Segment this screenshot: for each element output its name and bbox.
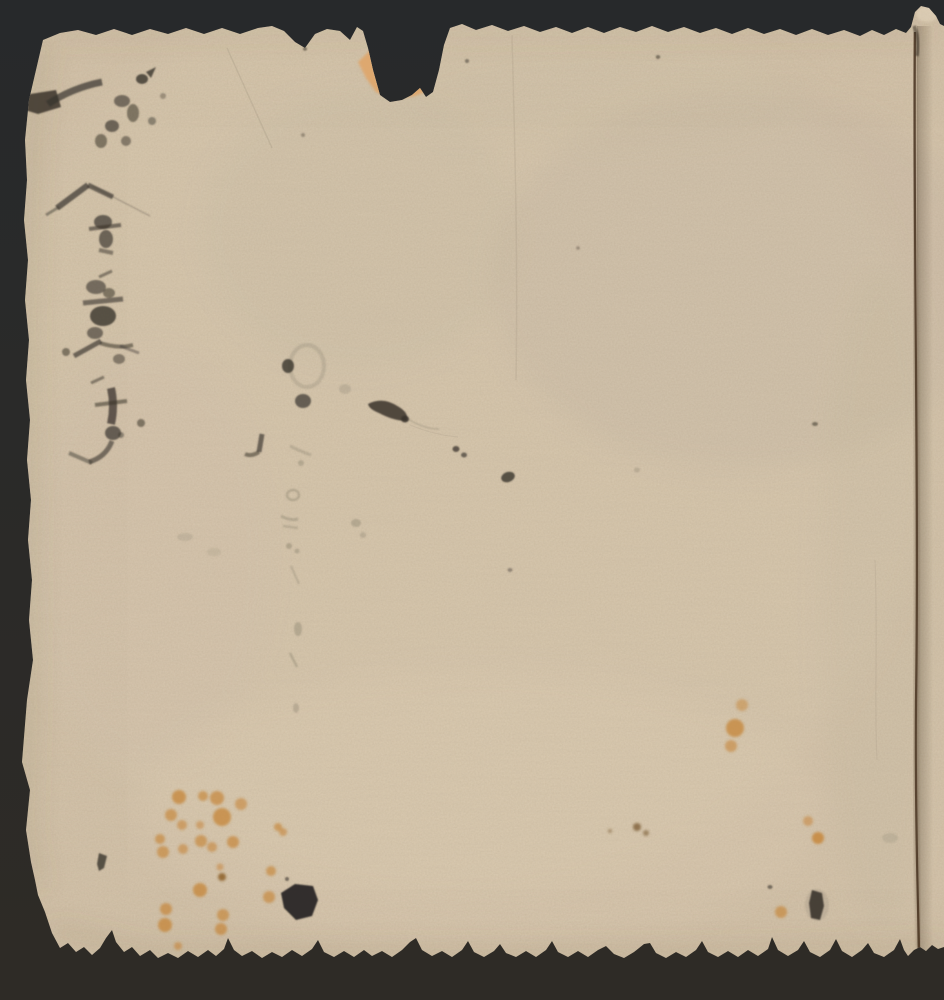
ink-blob [114,95,130,107]
foxing-spot [726,719,744,737]
foxing-spot [263,891,275,903]
faint-blob [294,622,302,636]
foxing-spot [279,828,287,836]
ink-dot [401,416,409,423]
ink-dot [461,453,467,458]
foxing-spot [235,798,247,810]
ink-blob [103,288,115,298]
speck [285,877,289,881]
foxing-spot [725,740,737,752]
faint-blob [351,519,361,527]
ink-blob [113,354,125,364]
brown-stain [633,823,641,831]
foxing-spot [172,790,186,804]
speck [576,246,580,250]
foxing-spot-dark [218,873,226,881]
ink-blob [127,104,139,122]
faint-blob [293,703,299,713]
foxing-spot [217,909,229,921]
foxing-spot [193,883,207,897]
ink-blob [160,93,166,99]
foxing-spot [178,844,188,854]
faint-dot [360,532,366,538]
foxing-spot [198,791,208,801]
foxing-spot [165,809,177,821]
ink-blob [295,394,311,408]
foxing-spot [155,834,165,844]
faint-smudge [177,533,193,541]
gutter-shadow [917,26,933,950]
ink-blob [118,432,124,438]
foxing-spot [177,820,187,830]
speck [812,422,818,426]
ink-blob [95,134,107,148]
speck [768,885,773,889]
foxing-spot [266,866,276,876]
ink-blob [137,419,145,427]
foxing-spot [812,832,824,844]
ink-blob [87,327,103,339]
foxing-spot [174,942,182,950]
ink-blob [121,136,131,146]
paper-fiber-overlay [0,0,944,1000]
brown-stain [643,830,649,836]
speck [301,133,305,137]
ink-blob [136,74,148,84]
foxing-spot [213,808,231,826]
foxing-spot [775,906,787,918]
foxing-spot [215,923,227,935]
ink-dot [282,359,294,373]
ink-dot [453,446,460,452]
foxing-spot [210,791,224,805]
faint-smudge [882,833,898,843]
foxing-spot [227,836,239,848]
foxing-spot [195,835,207,847]
faint-dot [286,543,292,549]
ink-stroke [111,388,113,424]
manuscript-scan-canvas [0,0,944,1000]
speck [508,568,513,572]
brown-stain [608,829,612,833]
foxing-spot [803,816,813,826]
faint-smudge [207,548,221,556]
ink-blob [148,117,156,125]
faint-dot [295,549,300,554]
foxing-spot [157,846,169,858]
ink-blob [86,280,106,294]
archival-photograph [0,0,944,1000]
foxing-spot [736,699,748,711]
foxing-spot [207,842,217,852]
foxing-spot [158,918,172,932]
ink-stroke [259,434,262,452]
faint-dot [634,468,640,473]
faint-dot [298,460,304,466]
speck [465,59,469,63]
ink-blob [62,348,70,356]
foxing-spot [196,821,204,829]
foxing-spot [217,864,224,871]
ink-blob [99,230,113,248]
ink-blob [105,426,121,440]
speck [656,55,660,59]
foxing-spot [160,903,172,915]
ink-blob [105,120,119,132]
ink-blob [90,306,116,326]
faint-blob [339,384,351,394]
